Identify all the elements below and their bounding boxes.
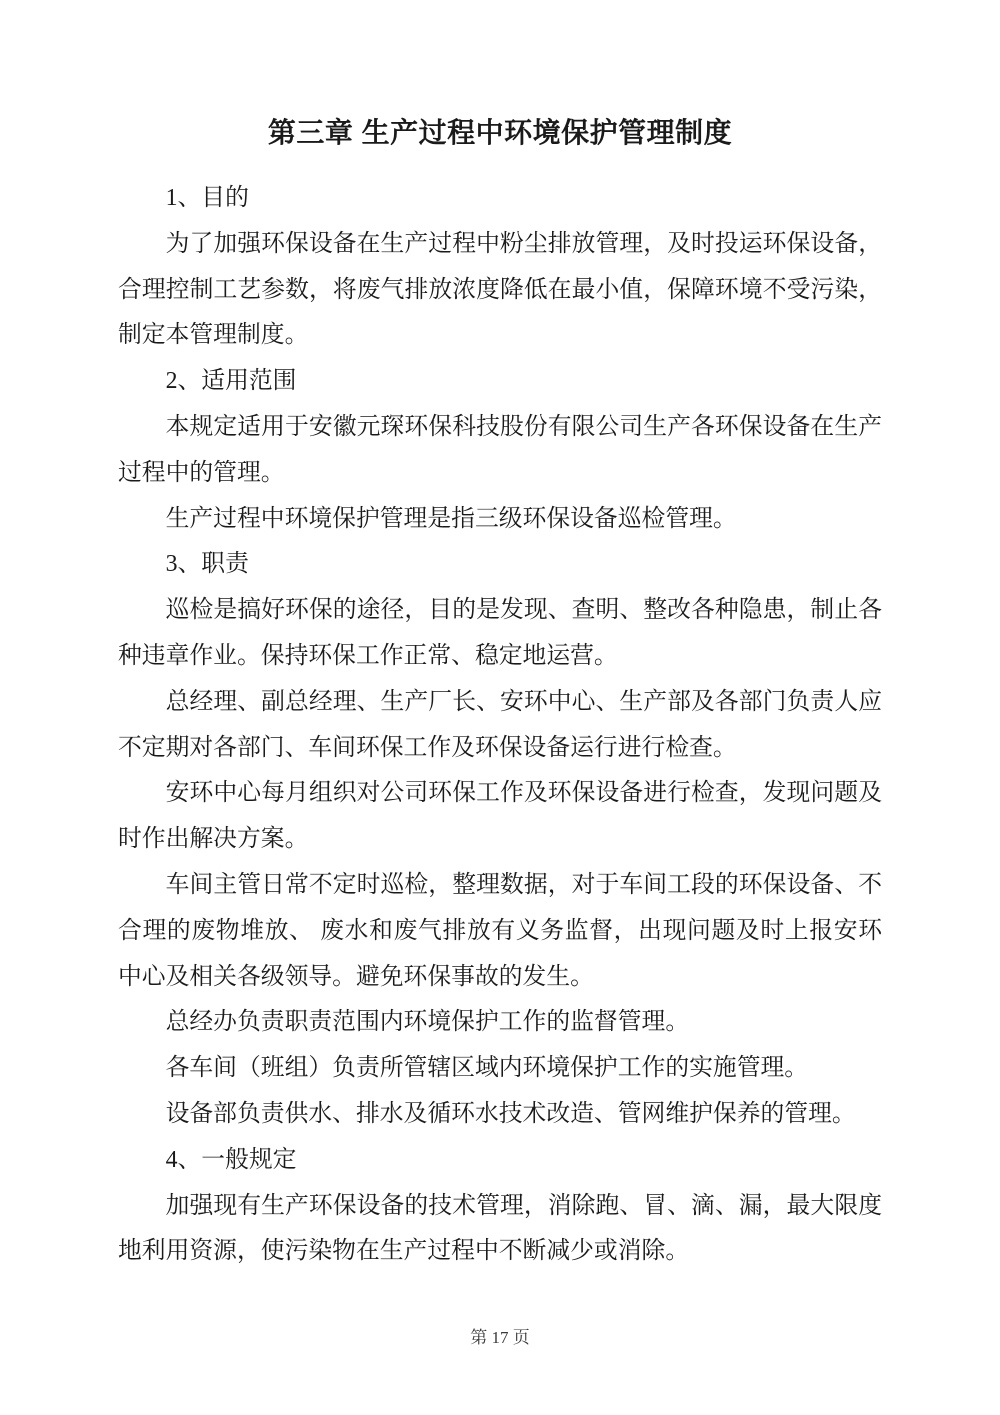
- text-line: 种违章作业。保持环保工作正常、稳定地运营。: [118, 634, 882, 680]
- text-line: 总经办负责职责范围内环境保护工作的监督管理。: [118, 1000, 882, 1046]
- paragraph: 加强现有生产环保设备的技术管理，消除跑、冒、滴、漏，最大限度地利用资源，使污染物…: [118, 1184, 882, 1276]
- text-line: 过程中的管理。: [118, 451, 882, 497]
- text-line: 制定本管理制度。: [118, 313, 882, 359]
- text-line: 车间主管日常不定时巡检，整理数据，对于车间工段的环保设备、不: [118, 863, 882, 909]
- page-title: 第三章 生产过程中环境保护管理制度: [0, 0, 1000, 154]
- text-line: 为了加强环保设备在生产过程中粉尘排放管理，及时投运环保设备，: [118, 222, 882, 268]
- paragraph: 安环中心每月组织对公司环保工作及环保设备进行检查，发现问题及时作出解决方案。: [118, 771, 882, 863]
- text-line: 安环中心每月组织对公司环保工作及环保设备进行检查，发现问题及: [118, 771, 882, 817]
- text-line: 3、职责: [118, 542, 882, 588]
- text-line: 加强现有生产环保设备的技术管理，消除跑、冒、滴、漏，最大限度: [118, 1184, 882, 1230]
- paragraph: 生产过程中环境保护管理是指三级环保设备巡检管理。: [118, 497, 882, 543]
- document-body: 1、目的为了加强环保设备在生产过程中粉尘排放管理，及时投运环保设备，合理控制工艺…: [0, 176, 1000, 1275]
- text-line: 生产过程中环境保护管理是指三级环保设备巡检管理。: [118, 497, 882, 543]
- text-line: 地利用资源，使污染物在生产过程中不断减少或消除。: [118, 1229, 882, 1275]
- text-line: 本规定适用于安徽元琛环保科技股份有限公司生产各环保设备在生产: [118, 405, 882, 451]
- paragraph: 车间主管日常不定时巡检，整理数据，对于车间工段的环保设备、不合理的废物堆放、 废…: [118, 863, 882, 1000]
- text-line: 设备部负责供水、排水及循环水技术改造、管网维护保养的管理。: [118, 1092, 882, 1138]
- paragraph: 本规定适用于安徽元琛环保科技股份有限公司生产各环保设备在生产过程中的管理。: [118, 405, 882, 497]
- text-line: 不定期对各部门、车间环保工作及环保设备运行进行检查。: [118, 726, 882, 772]
- text-line: 时作出解决方案。: [118, 817, 882, 863]
- paragraph: 巡检是搞好环保的途径，目的是发现、查明、整改各种隐患，制止各种违章作业。保持环保…: [118, 588, 882, 680]
- text-line: 4、一般规定: [118, 1138, 882, 1184]
- text-line: 1、目的: [118, 176, 882, 222]
- section-heading: 4、一般规定: [118, 1138, 882, 1184]
- text-line: 合理控制工艺参数，将废气排放浓度降低在最小值，保障环境不受污染，: [118, 268, 882, 314]
- page-number: 第 17 页: [470, 1328, 530, 1347]
- text-line: 中心及相关各级领导。避免环保事故的发生。: [118, 955, 882, 1001]
- paragraph: 总经办负责职责范围内环境保护工作的监督管理。: [118, 1000, 882, 1046]
- section-heading: 2、适用范围: [118, 359, 882, 405]
- section-heading: 1、目的: [118, 176, 882, 222]
- text-line: 总经理、副总经理、生产厂长、安环中心、生产部及各部门负责人应: [118, 680, 882, 726]
- document-page: 第三章 生产过程中环境保护管理制度 1、目的为了加强环保设备在生产过程中粉尘排放…: [0, 0, 1000, 1415]
- page-footer: 第 17 页: [0, 1327, 1000, 1349]
- paragraph: 各车间（班组）负责所管辖区域内环境保护工作的实施管理。: [118, 1046, 882, 1092]
- text-line: 各车间（班组）负责所管辖区域内环境保护工作的实施管理。: [118, 1046, 882, 1092]
- text-line: 合理的废物堆放、 废水和废气排放有义务监督，出现问题及时上报安环: [118, 909, 882, 955]
- text-line: 巡检是搞好环保的途径，目的是发现、查明、整改各种隐患，制止各: [118, 588, 882, 634]
- paragraph: 总经理、副总经理、生产厂长、安环中心、生产部及各部门负责人应不定期对各部门、车间…: [118, 680, 882, 772]
- section-heading: 3、职责: [118, 542, 882, 588]
- paragraph: 设备部负责供水、排水及循环水技术改造、管网维护保养的管理。: [118, 1092, 882, 1138]
- paragraph: 为了加强环保设备在生产过程中粉尘排放管理，及时投运环保设备，合理控制工艺参数，将…: [118, 222, 882, 359]
- text-line: 2、适用范围: [118, 359, 882, 405]
